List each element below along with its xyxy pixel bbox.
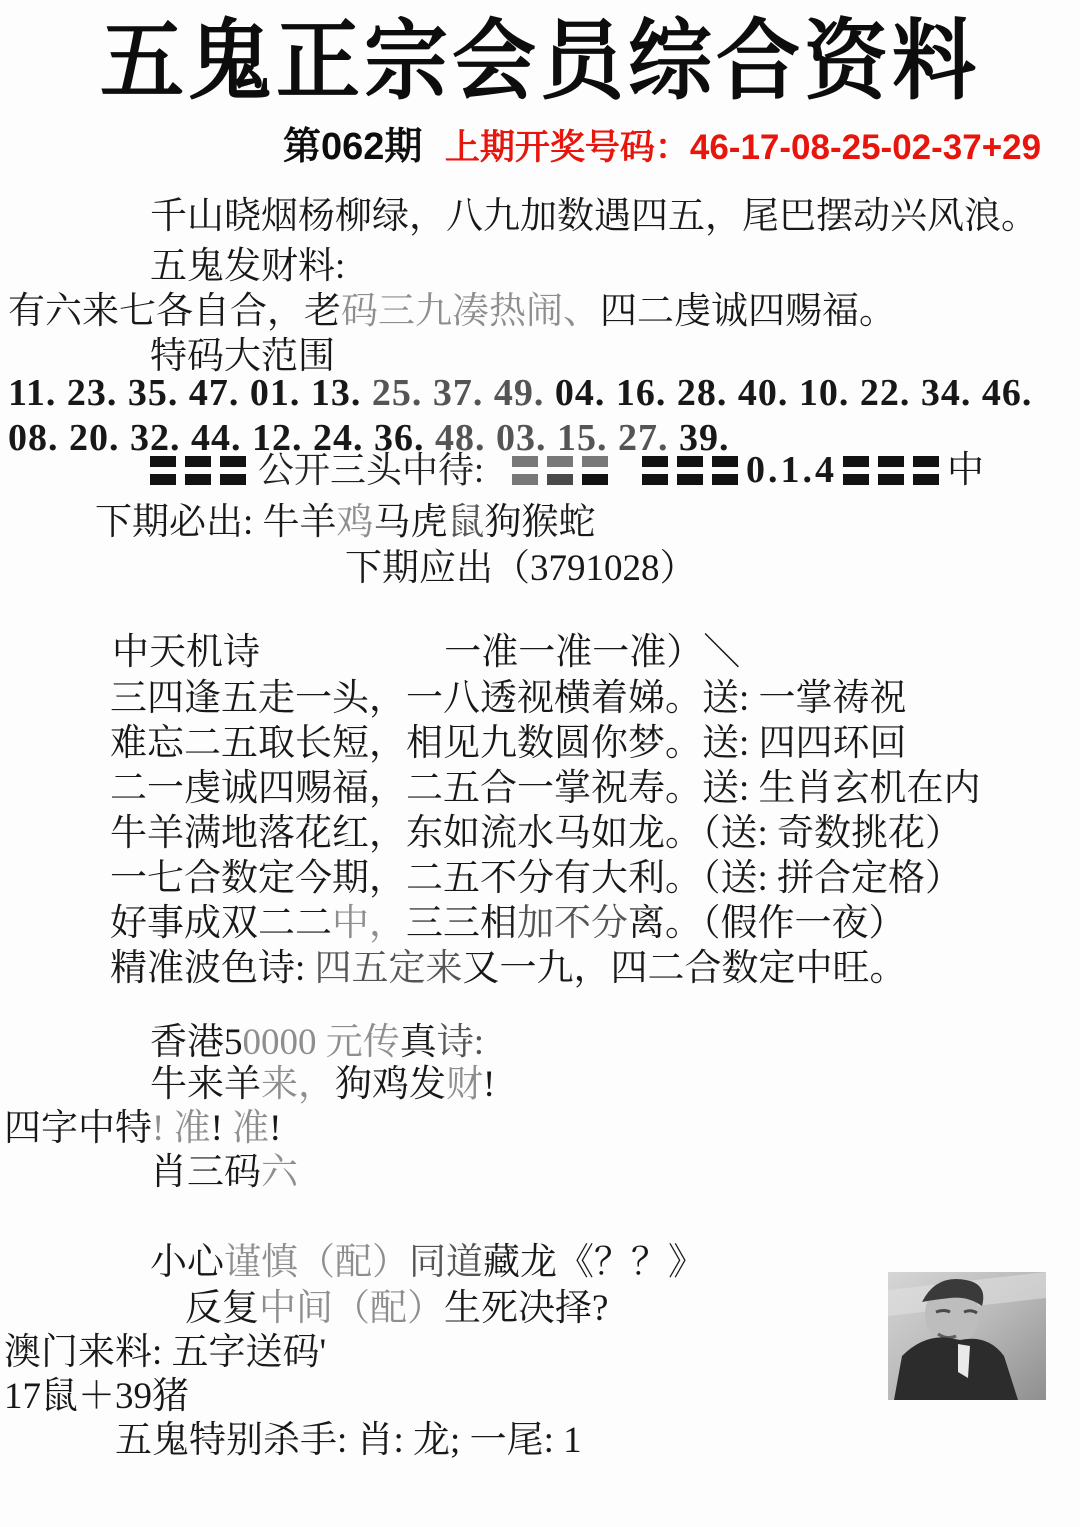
macau-tip-line: 澳门来料: 五字送码' — [4, 1332, 326, 1373]
issue-line: 第062期 上期开奖号码：46-17-08-25-02-37+29 — [283, 126, 1041, 169]
next-issue-must-line: 下期必出: 牛羊鸡马虎鼠狗猴蛇 — [95, 502, 596, 543]
next-issue-should-line: 下期应出（3791028） — [345, 548, 697, 589]
blocks-suffix: 中 — [947, 450, 984, 491]
number-range-row-1: 11. 23. 35. 47. 01. 13. 25. 37. 49. 04. … — [8, 372, 1032, 415]
intro-poem-line-3: 有六来七各自合，老码三九凑热闹、四二虔诚四赐福。 — [8, 291, 896, 332]
page-title: 五鬼正宗会员综合资料 — [0, 14, 1080, 112]
censored-blocks-group-1 — [150, 456, 246, 485]
special-killer-line: 五鬼特别杀手: 肖: 龙; 一尾: 1 — [115, 1420, 582, 1461]
zodiac-three-codes-line: 肖三码六 — [150, 1152, 298, 1193]
riddle-line-2: 反复中间（配）生死决择? — [185, 1288, 608, 1329]
wave-color-poem-line: 精准波色诗: 四五定来又一九，四二合数定中旺。 — [110, 948, 907, 989]
tianji-poem-line-4: 牛羊满地落花红，东如流水马如龙。（送: 奇数挑花） — [110, 813, 962, 854]
censored-blocks-group-2 — [512, 456, 608, 485]
censored-blocks-group-3 — [642, 456, 738, 485]
censored-blocks-group-4 — [843, 456, 939, 485]
tianji-poem-line-3: 二一虔诚四赐福，二五合一掌祝寿。送: 生肖玄机在内 — [110, 768, 981, 809]
scanned-lottery-sheet: 五鬼正宗会员综合资料 第062期 上期开奖号码：46-17-08-25-02-3… — [0, 0, 1080, 1527]
tianji-poem-note: 一准一准一准）＼ — [444, 632, 740, 673]
macau-codes-line: 17鼠＋39猪 — [4, 1376, 189, 1417]
censored-blocks-line: 公开三头中待: 0.1.4 中 — [150, 449, 984, 492]
tianji-poem-title: 中天机诗 — [112, 632, 260, 673]
portrait-photo — [888, 1272, 1046, 1400]
hk-fax-poem-header: 香港50000 元传真诗: — [150, 1022, 484, 1063]
blocks-label: 公开三头中待: — [258, 450, 484, 490]
riddle-line-1: 小心谨慎（配）同道藏龙《？？》 — [150, 1242, 705, 1283]
previous-draw-numbers: 上期开奖号码：46-17-08-25-02-37+29 — [445, 128, 1041, 167]
tianji-poem-line-2: 难忘二五取长短，相见九数圆你梦。送: 四四环回 — [110, 723, 907, 764]
hk-fax-poem-line: 牛来羊来，狗鸡发财! — [150, 1064, 495, 1105]
tianji-poem-header: 中天机诗 一准一准一准）＼ — [112, 632, 740, 673]
tianji-poem-line-5: 一七合数定今期，二五不分有大利。（送: 拼合定格） — [110, 858, 962, 899]
blocks-values: 0.1.4 — [746, 449, 837, 492]
intro-poem-line-1: 千山晓烟杨柳绿，八九加数遇四五，尾巴摆动兴风浪。 — [150, 196, 1038, 237]
tianji-poem-line-6: 好事成双二二中，三三相加不分离。（假作一夜） — [110, 903, 906, 944]
issue-number: 第062期 — [283, 126, 422, 168]
intro-poem-line-2: 五鬼发财料: — [150, 246, 345, 287]
four-char-special-line: 四字中特! 准! 准! — [4, 1108, 281, 1149]
tianji-poem-line-1: 三四逢五走一头，一八透视横着娣。送: 一掌祷祝 — [110, 678, 907, 719]
